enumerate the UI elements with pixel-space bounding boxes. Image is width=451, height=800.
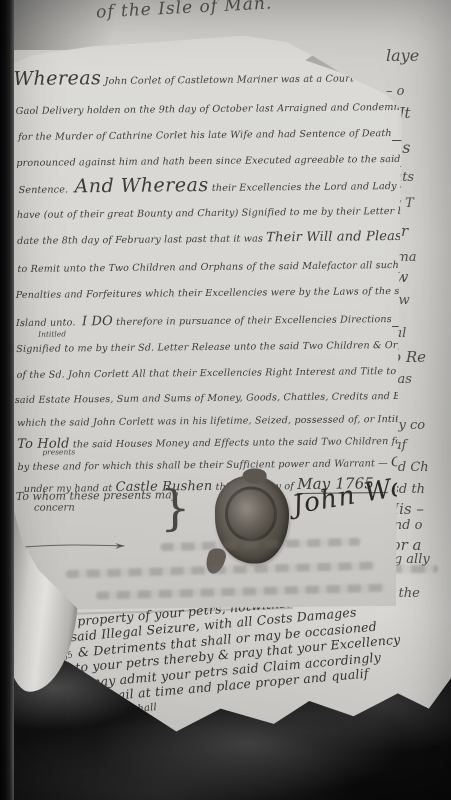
show-through-writing [96,584,386,600]
warrant-line: by these and for which this shall be the… [17,452,443,474]
warrant-line: date the 8th day of February last past t… [17,226,439,248]
warrant-line: to Remit unto the Two Children and Orpha… [17,254,413,276]
warrant-line: said Estate Houses, Sum and Sums of Mone… [15,385,443,407]
wax-seal [215,475,290,564]
warrant-line: To Hold the said Houses Money and Effect… [17,430,445,452]
warrant-line: pronounced against him and hath been sin… [16,148,414,170]
warrant-line: Gaol Delivery holden on the 9th day of O… [16,96,426,118]
page-heading: of the Isle of Man. [96,0,273,23]
warrant-line: Penalties and Forfeitures which their Ex… [16,280,429,302]
warrant-page: Whereas John Corlet of Castletown Marine… [5,34,407,610]
text-fragment: – o [386,84,404,99]
address-note: To whom these presents may concern [16,488,178,514]
manuscript-photo: of the Isle of Man. laye – o s Jt Fis ou… [0,0,451,800]
book-gutter [0,0,14,800]
warrant-line: Island unto. I DO therefore in pursuance… [16,308,406,330]
interlinear-insertion: Intitled [38,329,66,338]
warrant-line: have (out of their great Bounty and Char… [17,199,450,222]
warrant-line: Signified to me by their Sd. Letter Rele… [16,334,441,356]
margin-arrow-icon [12,537,132,558]
warrant-line: Sentence. And Whereas their Excellencies… [18,171,451,198]
margin-brace: } [160,480,191,536]
warrant-line: which the said John Corlett was in his l… [17,407,451,430]
warrant-line: for the Murder of Cathrine Corlet his la… [18,122,406,144]
warrant-line: of the Sd. John Corlett All that their E… [16,360,425,382]
interlinear-insertion: presents [42,447,75,456]
text-fragment: laye [386,46,419,65]
